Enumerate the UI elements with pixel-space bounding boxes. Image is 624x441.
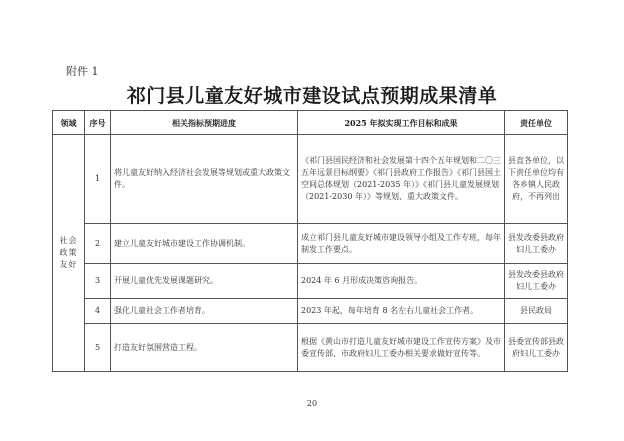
unit-cell: 县直各单位，以下责任单位均有各乡镇人民政府，不再列出 [505, 135, 568, 224]
row-number: 1 [85, 135, 111, 224]
header-goal: 2025 年拟实现工作目标和成果 [298, 111, 505, 135]
goal-cell: 《祁门县国民经济和社会发展第十四个五年规划和二〇三五年远景目标纲要》《祁门县政府… [298, 135, 505, 224]
header-unit: 责任单位 [505, 111, 568, 135]
progress-cell: 打造友好氛围营造工程。 [111, 324, 298, 372]
unit-cell: 县民政局 [505, 299, 568, 324]
header-number: 序号 [85, 111, 111, 135]
table-row: 社会政策友好 1 将儿童友好纳入经济社会发展等规划或重大政策文件。 《祁门县国民… [53, 135, 568, 224]
domain-cell: 社会政策友好 [53, 135, 85, 372]
table-row: 2 建立儿童友好城市建设工作协调机制。 成立祁门县儿童友好城市建设领导小组及工作… [53, 224, 568, 264]
row-number: 5 [85, 324, 111, 372]
unit-cell: 县发改委县政府妇儿工委办 [505, 264, 568, 299]
table-row: 5 打造友好氛围营造工程。 根据《黄山市打造儿童友好城市建设工作宣传方案》及市委… [53, 324, 568, 372]
table-header-row: 领域 序号 相关指标预期进度 2025 年拟实现工作目标和成果 责任单位 [53, 111, 568, 135]
unit-cell: 县发改委县政府妇儿工委办 [505, 224, 568, 264]
header-domain: 领域 [53, 111, 85, 135]
row-number: 3 [85, 264, 111, 299]
table-row: 4 强化儿童社会工作者培育。 2023 年起，每年培育 8 名左右儿童社会工作者… [53, 299, 568, 324]
unit-cell: 县委宣传部县政府妇儿工委办 [505, 324, 568, 372]
domain-text: 社会政策友好 [60, 236, 78, 269]
row-number: 4 [85, 299, 111, 324]
page-number: 20 [0, 399, 624, 408]
attachment-label: 附件 1 [66, 63, 99, 79]
progress-cell: 开展儿童优先发展课题研究。 [111, 264, 298, 299]
document-title: 祁门县儿童友好城市建设试点预期成果清单 [0, 81, 624, 108]
goal-cell: 2023 年起，每年培育 8 名左右儿童社会工作者。 [298, 299, 505, 324]
progress-cell: 强化儿童社会工作者培育。 [111, 299, 298, 324]
goal-cell: 2024 年 6 月形成决策咨询报告。 [298, 264, 505, 299]
results-table: 领域 序号 相关指标预期进度 2025 年拟实现工作目标和成果 责任单位 社会政… [52, 110, 568, 372]
header-progress: 相关指标预期进度 [111, 111, 298, 135]
progress-cell: 建立儿童友好城市建设工作协调机制。 [111, 224, 298, 264]
goal-cell: 根据《黄山市打造儿童友好城市建设工作宣传方案》及市委宣传部、市政府妇儿工委办相关… [298, 324, 505, 372]
goal-cell: 成立祁门县儿童友好城市建设领导小组及工作专班，每年制发工作要点。 [298, 224, 505, 264]
row-number: 2 [85, 224, 111, 264]
table-row: 3 开展儿童优先发展课题研究。 2024 年 6 月形成决策咨询报告。 县发改委… [53, 264, 568, 299]
progress-cell: 将儿童友好纳入经济社会发展等规划或重大政策文件。 [111, 135, 298, 224]
